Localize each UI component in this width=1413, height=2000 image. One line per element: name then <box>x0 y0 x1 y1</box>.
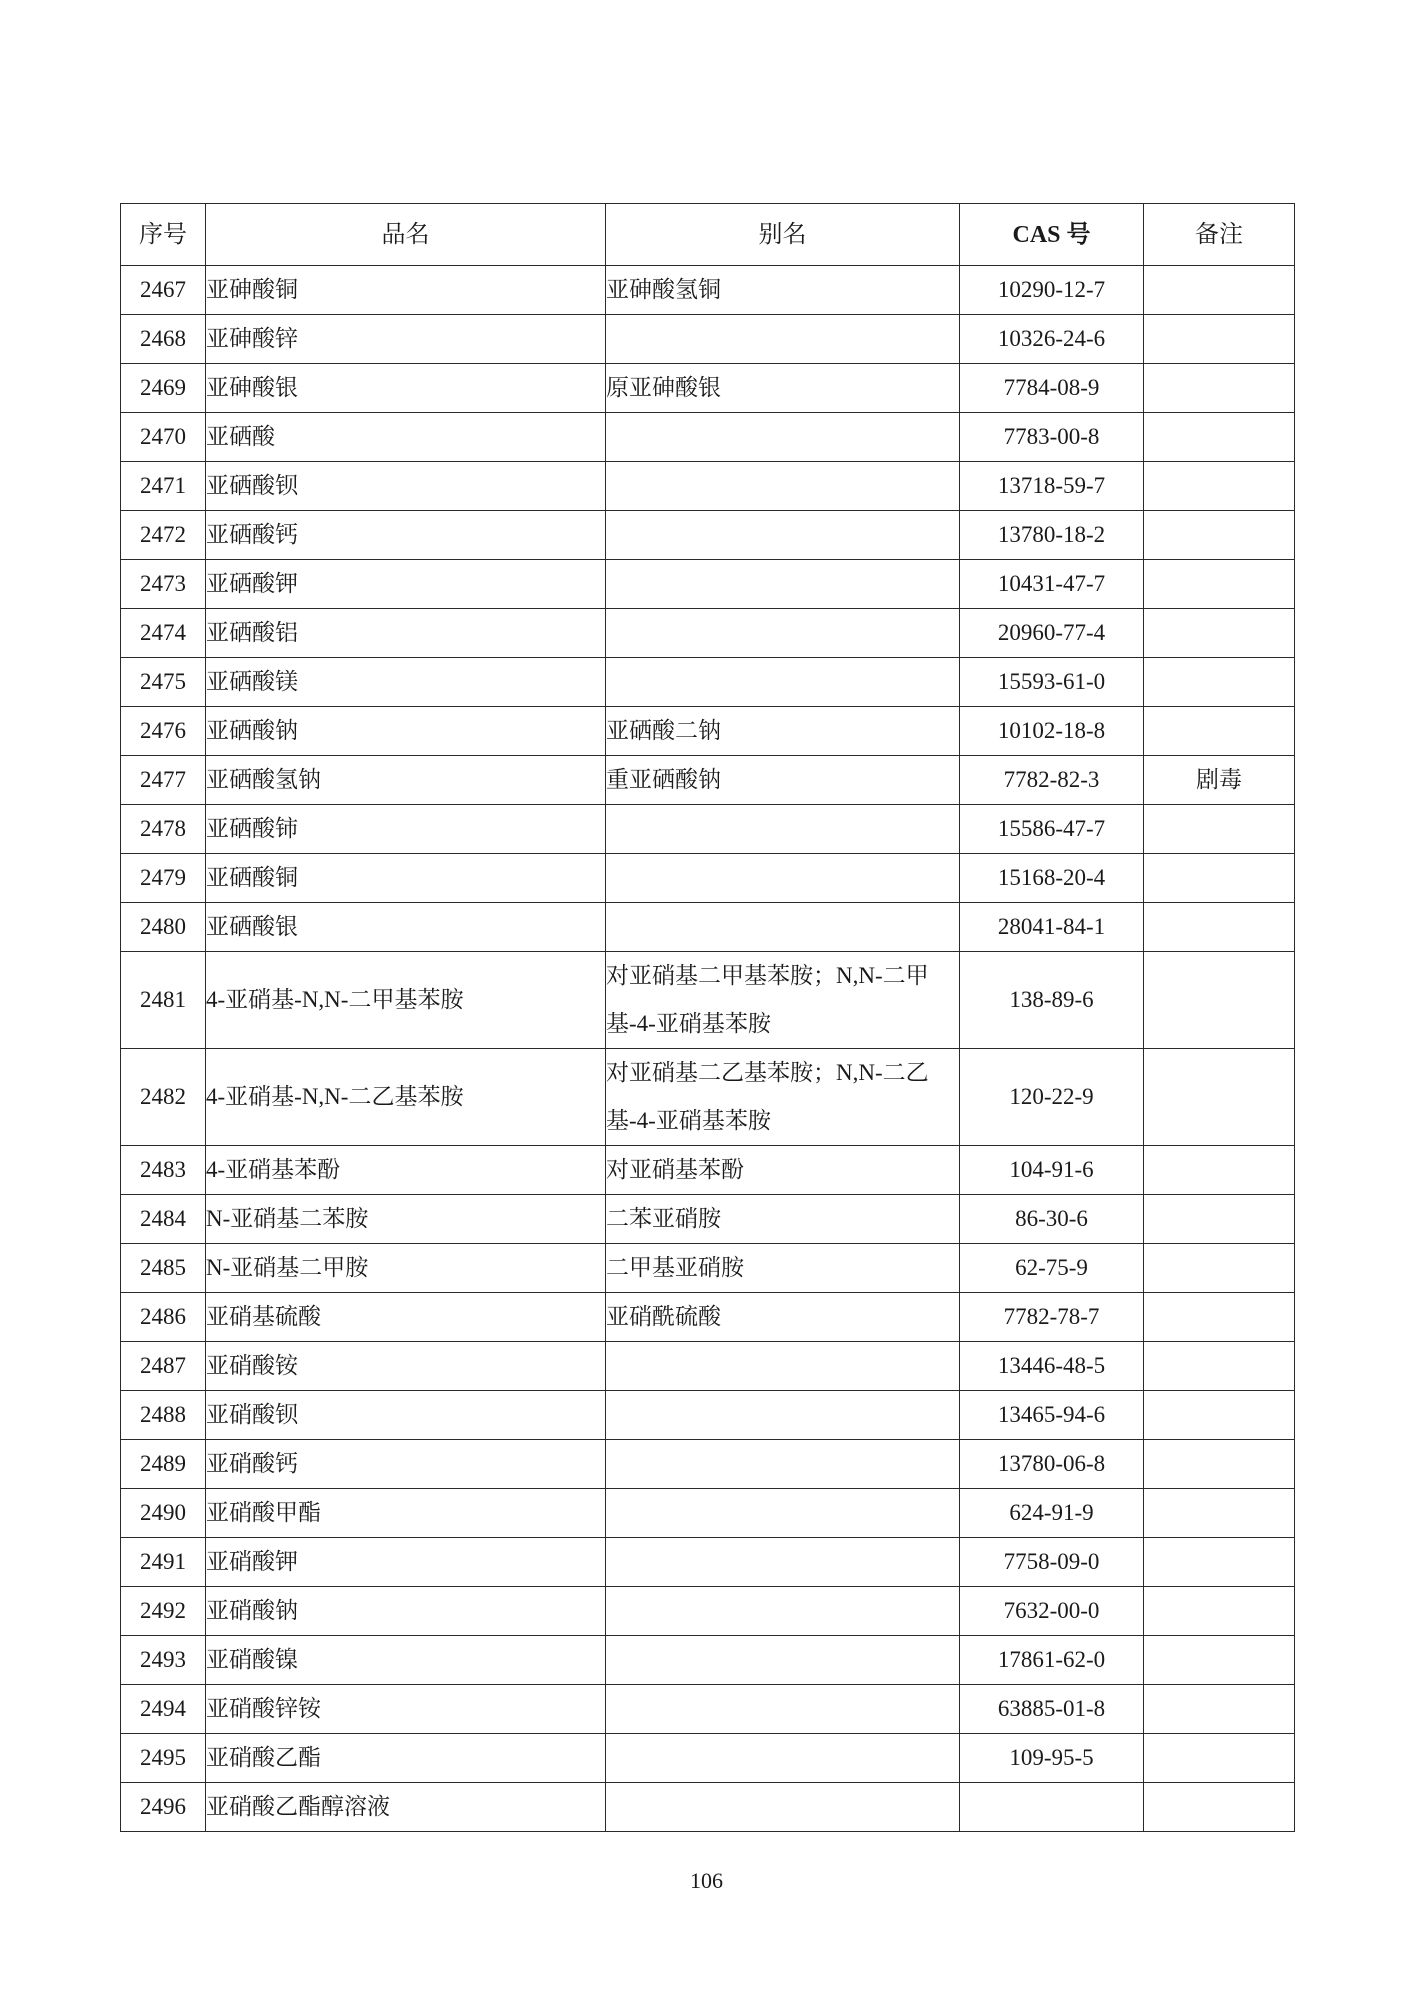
cell-name: 亚硝酸镍 <box>206 1636 606 1685</box>
cell-note <box>1144 364 1295 413</box>
cell-name: 亚硝酸钠 <box>206 1587 606 1636</box>
cell-alias <box>606 462 960 511</box>
cell-index: 2477 <box>121 756 206 805</box>
cell-cas: 7632-00-0 <box>960 1587 1144 1636</box>
cell-name: 亚硝酸乙酯 <box>206 1734 606 1783</box>
cell-name: 亚硝基硫酸 <box>206 1293 606 1342</box>
table-row: 2473 亚硒酸钾 10431-47-7 <box>121 560 1295 609</box>
cell-alias <box>606 1636 960 1685</box>
cell-alias <box>606 511 960 560</box>
cell-alias <box>606 1685 960 1734</box>
cell-name: N-亚硝基二苯胺 <box>206 1195 606 1244</box>
cell-cas: 10290-12-7 <box>960 266 1144 315</box>
cell-note <box>1144 413 1295 462</box>
table-row: 2486 亚硝基硫酸 亚硝酰硫酸 7782-78-7 <box>121 1293 1295 1342</box>
cell-alias: 原亚砷酸银 <box>606 364 960 413</box>
cell-alias: 亚硝酰硫酸 <box>606 1293 960 1342</box>
cell-name: 亚砷酸铜 <box>206 266 606 315</box>
cell-cas: 13465-94-6 <box>960 1391 1144 1440</box>
cell-cas: 624-91-9 <box>960 1489 1144 1538</box>
cell-alias <box>606 1587 960 1636</box>
cell-index: 2481 <box>121 952 206 1049</box>
cell-name: 亚硝酸铵 <box>206 1342 606 1391</box>
cell-alias <box>606 1734 960 1783</box>
cell-cas: 63885-01-8 <box>960 1685 1144 1734</box>
cell-index: 2485 <box>121 1244 206 1293</box>
cell-cas: 17861-62-0 <box>960 1636 1144 1685</box>
cell-alias: 对亚硝基二甲基苯胺；N,N-二甲基-4-亚硝基苯胺 <box>606 952 960 1049</box>
cell-name: N-亚硝基二甲胺 <box>206 1244 606 1293</box>
cell-index: 2472 <box>121 511 206 560</box>
table-row: 2468 亚砷酸锌 10326-24-6 <box>121 315 1295 364</box>
cell-name: 4-亚硝基-N,N-二乙基苯胺 <box>206 1049 606 1146</box>
cell-note <box>1144 1293 1295 1342</box>
cell-cas: 104-91-6 <box>960 1146 1144 1195</box>
table-row: 2488 亚硝酸钡 13465-94-6 <box>121 1391 1295 1440</box>
cell-cas: 15586-47-7 <box>960 805 1144 854</box>
cell-note <box>1144 1146 1295 1195</box>
cell-name: 亚硒酸铜 <box>206 854 606 903</box>
cell-cas: 13780-06-8 <box>960 1440 1144 1489</box>
cell-index: 2487 <box>121 1342 206 1391</box>
cell-alias: 二甲基亚硝胺 <box>606 1244 960 1293</box>
header-index: 序号 <box>121 204 206 266</box>
cell-note <box>1144 1195 1295 1244</box>
cell-index: 2490 <box>121 1489 206 1538</box>
cell-name: 亚硒酸铈 <box>206 805 606 854</box>
cell-alias <box>606 1440 960 1489</box>
cell-name: 亚硝酸乙酯醇溶液 <box>206 1783 606 1832</box>
table-row: 2496 亚硝酸乙酯醇溶液 <box>121 1783 1295 1832</box>
cell-index: 2470 <box>121 413 206 462</box>
cell-alias: 二苯亚硝胺 <box>606 1195 960 1244</box>
cell-cas: 7782-82-3 <box>960 756 1144 805</box>
cell-alias: 亚硒酸二钠 <box>606 707 960 756</box>
cell-name: 亚硝酸钙 <box>206 1440 606 1489</box>
table-row: 2484 N-亚硝基二苯胺 二苯亚硝胺 86-30-6 <box>121 1195 1295 1244</box>
document-page: 序号 品名 别名 CAS 号 备注 2467 亚砷酸铜 亚砷酸氢铜 10290-… <box>0 0 1413 2000</box>
table-row: 2490 亚硝酸甲酯 624-91-9 <box>121 1489 1295 1538</box>
cell-cas: 28041-84-1 <box>960 903 1144 952</box>
cell-note <box>1144 462 1295 511</box>
cell-index: 2486 <box>121 1293 206 1342</box>
cell-cas: 15593-61-0 <box>960 658 1144 707</box>
cell-note <box>1144 511 1295 560</box>
table-row: 2481 4-亚硝基-N,N-二甲基苯胺 对亚硝基二甲基苯胺；N,N-二甲基-4… <box>121 952 1295 1049</box>
cell-note <box>1144 658 1295 707</box>
table-row: 2474 亚硒酸铝 20960-77-4 <box>121 609 1295 658</box>
cell-cas: 120-22-9 <box>960 1049 1144 1146</box>
cell-alias <box>606 1391 960 1440</box>
cell-note <box>1144 1440 1295 1489</box>
table-row: 2492 亚硝酸钠 7632-00-0 <box>121 1587 1295 1636</box>
header-name: 品名 <box>206 204 606 266</box>
table-row: 2489 亚硝酸钙 13780-06-8 <box>121 1440 1295 1489</box>
cell-cas: 109-95-5 <box>960 1734 1144 1783</box>
table-row: 2467 亚砷酸铜 亚砷酸氢铜 10290-12-7 <box>121 266 1295 315</box>
table-row: 2494 亚硝酸锌铵 63885-01-8 <box>121 1685 1295 1734</box>
cell-name: 4-亚硝基-N,N-二甲基苯胺 <box>206 952 606 1049</box>
table-row: 2470 亚硒酸 7783-00-8 <box>121 413 1295 462</box>
cell-index: 2471 <box>121 462 206 511</box>
cell-alias <box>606 609 960 658</box>
table-row: 2491 亚硝酸钾 7758-09-0 <box>121 1538 1295 1587</box>
cell-alias <box>606 315 960 364</box>
cell-cas: 15168-20-4 <box>960 854 1144 903</box>
table-row: 2479 亚硒酸铜 15168-20-4 <box>121 854 1295 903</box>
table-row: 2480 亚硒酸银 28041-84-1 <box>121 903 1295 952</box>
cell-cas: 13446-48-5 <box>960 1342 1144 1391</box>
cell-cas: 138-89-6 <box>960 952 1144 1049</box>
table-row: 2478 亚硒酸铈 15586-47-7 <box>121 805 1295 854</box>
cell-note <box>1144 1734 1295 1783</box>
cell-alias <box>606 658 960 707</box>
cell-name: 亚硒酸镁 <box>206 658 606 707</box>
cell-note <box>1144 560 1295 609</box>
cell-index: 2475 <box>121 658 206 707</box>
cell-cas: 7758-09-0 <box>960 1538 1144 1587</box>
cell-index: 2476 <box>121 707 206 756</box>
table-row: 2477 亚硒酸氢钠 重亚硒酸钠 7782-82-3 剧毒 <box>121 756 1295 805</box>
cell-alias: 对亚硝基二乙基苯胺；N,N-二乙基-4-亚硝基苯胺 <box>606 1049 960 1146</box>
cell-cas: 13718-59-7 <box>960 462 1144 511</box>
cell-note <box>1144 1538 1295 1587</box>
cell-cas: 86-30-6 <box>960 1195 1144 1244</box>
cell-alias <box>606 1783 960 1832</box>
cell-alias <box>606 1538 960 1587</box>
cell-note <box>1144 1244 1295 1293</box>
table-row: 2472 亚硒酸钙 13780-18-2 <box>121 511 1295 560</box>
cell-note <box>1144 952 1295 1049</box>
table-row: 2476 亚硒酸钠 亚硒酸二钠 10102-18-8 <box>121 707 1295 756</box>
cell-index: 2483 <box>121 1146 206 1195</box>
cell-cas: 20960-77-4 <box>960 609 1144 658</box>
cell-note <box>1144 609 1295 658</box>
cell-name: 亚硝酸锌铵 <box>206 1685 606 1734</box>
cell-note <box>1144 1049 1295 1146</box>
cell-name: 亚硒酸 <box>206 413 606 462</box>
cell-name: 亚硝酸钾 <box>206 1538 606 1587</box>
page-number: 106 <box>0 1868 1413 1894</box>
cell-index: 2493 <box>121 1636 206 1685</box>
cell-alias <box>606 903 960 952</box>
cell-name: 亚硒酸钾 <box>206 560 606 609</box>
header-cas: CAS 号 <box>960 204 1144 266</box>
table-row: 2471 亚硒酸钡 13718-59-7 <box>121 462 1295 511</box>
cell-alias <box>606 1489 960 1538</box>
cell-index: 2469 <box>121 364 206 413</box>
cell-cas <box>960 1783 1144 1832</box>
cell-cas: 13780-18-2 <box>960 511 1144 560</box>
cell-cas: 10431-47-7 <box>960 560 1144 609</box>
cell-alias: 重亚硒酸钠 <box>606 756 960 805</box>
cell-index: 2494 <box>121 1685 206 1734</box>
cell-note <box>1144 1342 1295 1391</box>
cell-note <box>1144 805 1295 854</box>
cell-note: 剧毒 <box>1144 756 1295 805</box>
cell-index: 2492 <box>121 1587 206 1636</box>
chemicals-table: 序号 品名 别名 CAS 号 备注 2467 亚砷酸铜 亚砷酸氢铜 10290-… <box>120 203 1295 1832</box>
cell-index: 2491 <box>121 1538 206 1587</box>
cell-index: 2480 <box>121 903 206 952</box>
cell-alias <box>606 413 960 462</box>
cell-name: 亚硒酸铝 <box>206 609 606 658</box>
cell-index: 2482 <box>121 1049 206 1146</box>
cell-name: 4-亚硝基苯酚 <box>206 1146 606 1195</box>
table-row: 2495 亚硝酸乙酯 109-95-5 <box>121 1734 1295 1783</box>
table-header-row: 序号 品名 别名 CAS 号 备注 <box>121 204 1295 266</box>
cell-name: 亚砷酸锌 <box>206 315 606 364</box>
cell-note <box>1144 854 1295 903</box>
cell-cas: 7784-08-9 <box>960 364 1144 413</box>
table-row: 2487 亚硝酸铵 13446-48-5 <box>121 1342 1295 1391</box>
cell-name: 亚硒酸银 <box>206 903 606 952</box>
cell-index: 2488 <box>121 1391 206 1440</box>
table-row: 2493 亚硝酸镍 17861-62-0 <box>121 1636 1295 1685</box>
cell-note <box>1144 707 1295 756</box>
cell-index: 2496 <box>121 1783 206 1832</box>
cell-index: 2473 <box>121 560 206 609</box>
cell-note <box>1144 1636 1295 1685</box>
table-row: 2482 4-亚硝基-N,N-二乙基苯胺 对亚硝基二乙基苯胺；N,N-二乙基-4… <box>121 1049 1295 1146</box>
cell-index: 2484 <box>121 1195 206 1244</box>
cell-index: 2495 <box>121 1734 206 1783</box>
cell-note <box>1144 315 1295 364</box>
cell-index: 2468 <box>121 315 206 364</box>
cell-name: 亚硝酸钡 <box>206 1391 606 1440</box>
cell-cas: 10102-18-8 <box>960 707 1144 756</box>
cell-note <box>1144 1391 1295 1440</box>
cell-alias: 对亚硝基苯酚 <box>606 1146 960 1195</box>
cell-alias <box>606 560 960 609</box>
header-note: 备注 <box>1144 204 1295 266</box>
cell-alias <box>606 1342 960 1391</box>
cell-note <box>1144 266 1295 315</box>
cell-cas: 62-75-9 <box>960 1244 1144 1293</box>
cell-alias: 亚砷酸氢铜 <box>606 266 960 315</box>
table-row: 2483 4-亚硝基苯酚 对亚硝基苯酚 104-91-6 <box>121 1146 1295 1195</box>
cell-cas: 7782-78-7 <box>960 1293 1144 1342</box>
table-row: 2485 N-亚硝基二甲胺 二甲基亚硝胺 62-75-9 <box>121 1244 1295 1293</box>
cell-index: 2478 <box>121 805 206 854</box>
cell-name: 亚硒酸钙 <box>206 511 606 560</box>
table-row: 2475 亚硒酸镁 15593-61-0 <box>121 658 1295 707</box>
cell-cas: 10326-24-6 <box>960 315 1144 364</box>
cell-index: 2489 <box>121 1440 206 1489</box>
cell-name: 亚硒酸钡 <box>206 462 606 511</box>
cell-cas: 7783-00-8 <box>960 413 1144 462</box>
cell-note <box>1144 1783 1295 1832</box>
cell-note <box>1144 1685 1295 1734</box>
cell-index: 2479 <box>121 854 206 903</box>
cell-index: 2467 <box>121 266 206 315</box>
cell-note <box>1144 1587 1295 1636</box>
cell-note <box>1144 903 1295 952</box>
header-alias: 别名 <box>606 204 960 266</box>
cell-name: 亚硒酸钠 <box>206 707 606 756</box>
cell-name: 亚硒酸氢钠 <box>206 756 606 805</box>
cell-note <box>1144 1489 1295 1538</box>
table-row: 2469 亚砷酸银 原亚砷酸银 7784-08-9 <box>121 364 1295 413</box>
cell-alias <box>606 805 960 854</box>
cell-index: 2474 <box>121 609 206 658</box>
cell-alias <box>606 854 960 903</box>
cell-name: 亚砷酸银 <box>206 364 606 413</box>
cell-name: 亚硝酸甲酯 <box>206 1489 606 1538</box>
